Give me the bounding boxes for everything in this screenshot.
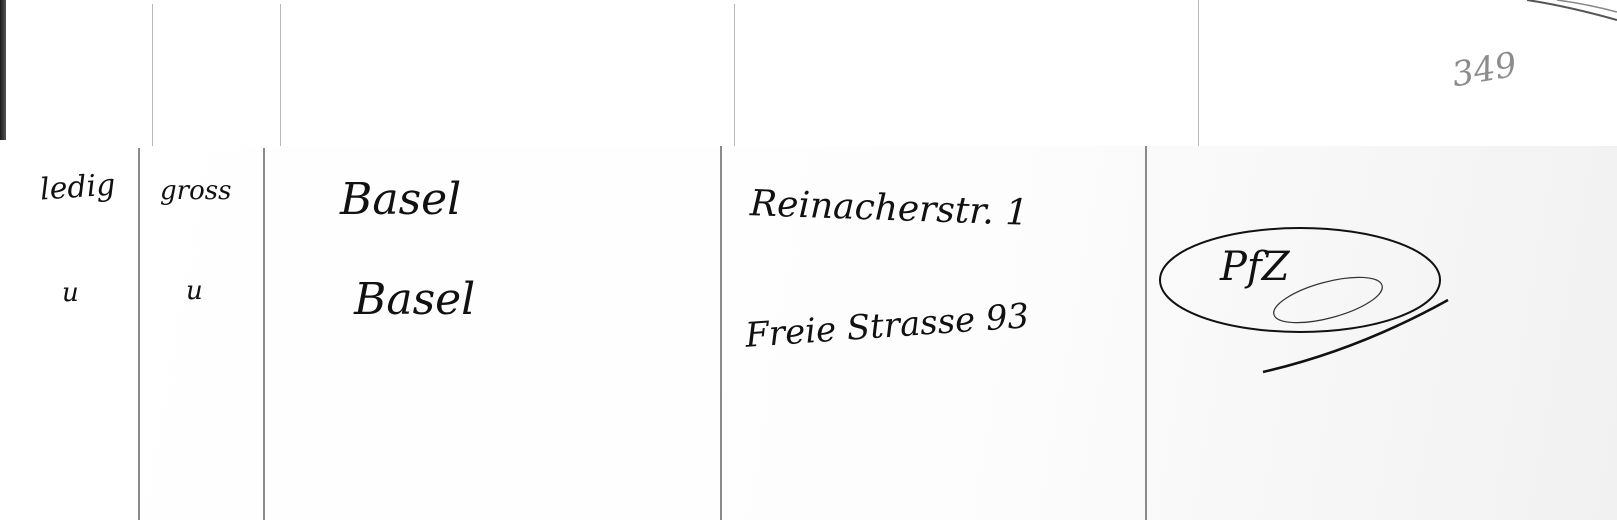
place-cell: Basel [340,174,461,225]
column-rule-age-class [263,148,265,520]
civil-status-cell: ledig [39,167,117,207]
upper-page-strip: 349 [0,0,1617,150]
column-rule-civil-status [138,148,140,520]
column-rule-address [1145,146,1147,520]
upper-column-rule-4 [1198,0,1199,146]
civil-status-ditto: u [62,278,79,308]
upper-column-rule-3 [734,4,735,146]
signature-initials: PfZ [1220,244,1290,290]
upper-column-rule-1 [152,4,153,146]
age-class-ditto: u [186,276,203,306]
age-class-cell: gross [160,176,231,206]
column-rule-place [720,146,722,520]
page-number: 349 [1449,45,1520,96]
register-page: ledig gross Basel Reinacherstr. 1 u u Ba… [0,146,1617,520]
binding-edge-shadow [0,0,6,140]
signature-oval-flourish [1158,220,1458,380]
address-cell: Reinacherstr. 1 [749,183,1029,234]
address-cell: Freie Strasse 93 [744,296,1030,356]
place-cell: Basel [354,274,475,325]
page-corner-curl [1497,0,1617,30]
upper-column-rule-2 [280,4,281,146]
